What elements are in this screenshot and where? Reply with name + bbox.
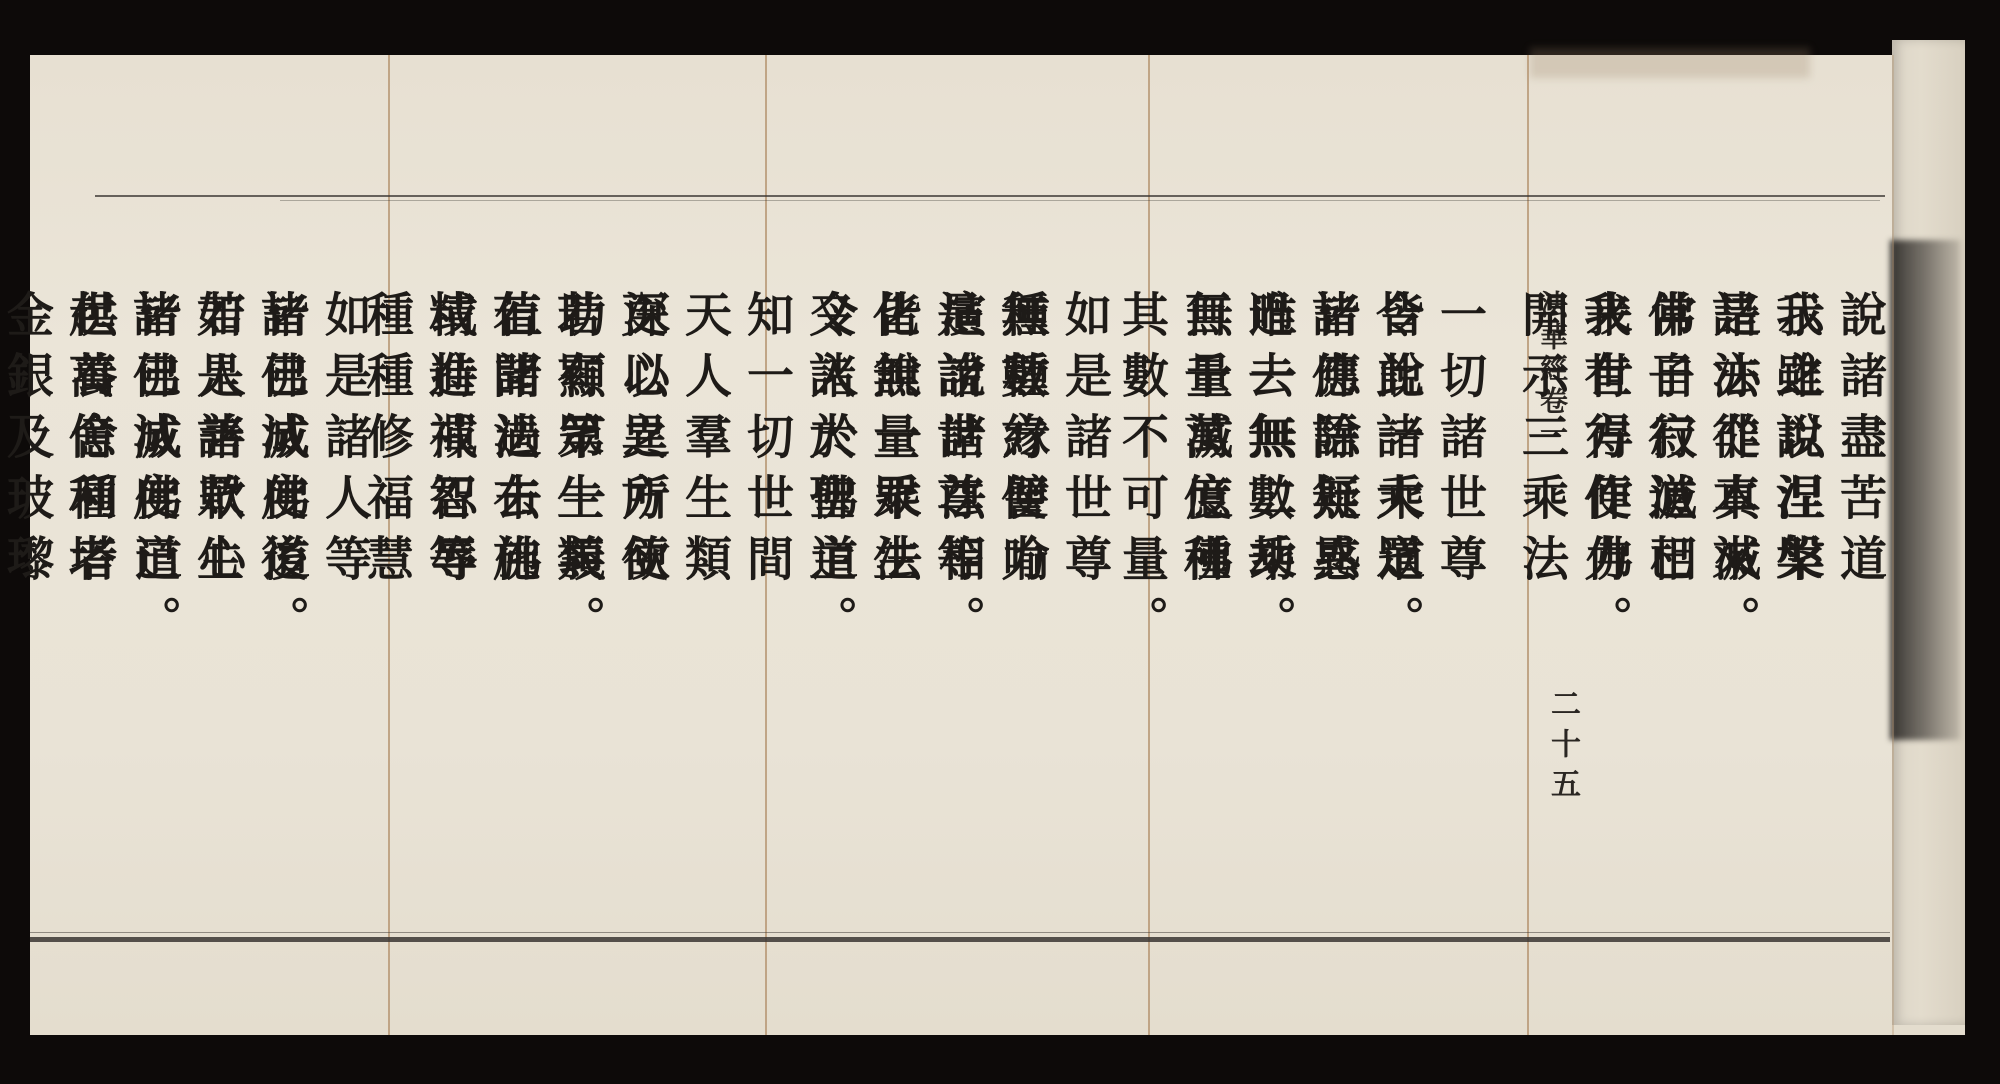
text-column: 說諸盡苦道示之以涅槃 — [1828, 290, 1890, 850]
text-column: 如是諸世尊種種緣譬喻 — [1053, 290, 1115, 850]
panel-fold — [1892, 55, 1894, 1035]
text-column: 一切諸世尊皆說一乘道。 — [1428, 290, 1490, 850]
bottom-border-rule — [30, 937, 1890, 942]
text-panel-rightmost: 說諸盡苦道示之以涅槃 我雖說涅槃是亦非真滅。 諸法從本來常自寂滅相 佛子行道已来… — [1570, 290, 1890, 850]
bottom-border-rule-inner — [30, 932, 1890, 933]
text-panel-fourth: 天人羣生類深心之所欲 更以異方便助顯第一義。 若有眾生類值諸過去佛 若聞法布施或… — [415, 290, 735, 850]
text-panel-leftmost: 如是諸人等皆已成佛道。 諸佛滅度後若人善軟心 如是諸眾生皆已成佛道。 諸佛滅度已… — [55, 290, 375, 850]
top-border-rule — [95, 195, 1885, 197]
text-column: 天人羣生類深心之所欲 — [673, 290, 735, 850]
paper-stain — [1530, 48, 1810, 78]
ink-smudge — [1890, 240, 1960, 740]
top-border-rule-inner — [280, 200, 1880, 201]
text-panel-second: 一切諸世尊皆說一乘道。 令此諸大眾皆應除疑惑 諸佛語無異唯一無二乘。 過去無數劫… — [1170, 290, 1490, 850]
text-panel-middle: 如是諸世尊種種緣譬喻 無數方便力演說諸法相。 是諸世尊等皆說一乘法 化無量眾生令… — [795, 290, 1115, 850]
text-column: 如是諸人等皆已成佛道。 — [313, 290, 375, 850]
